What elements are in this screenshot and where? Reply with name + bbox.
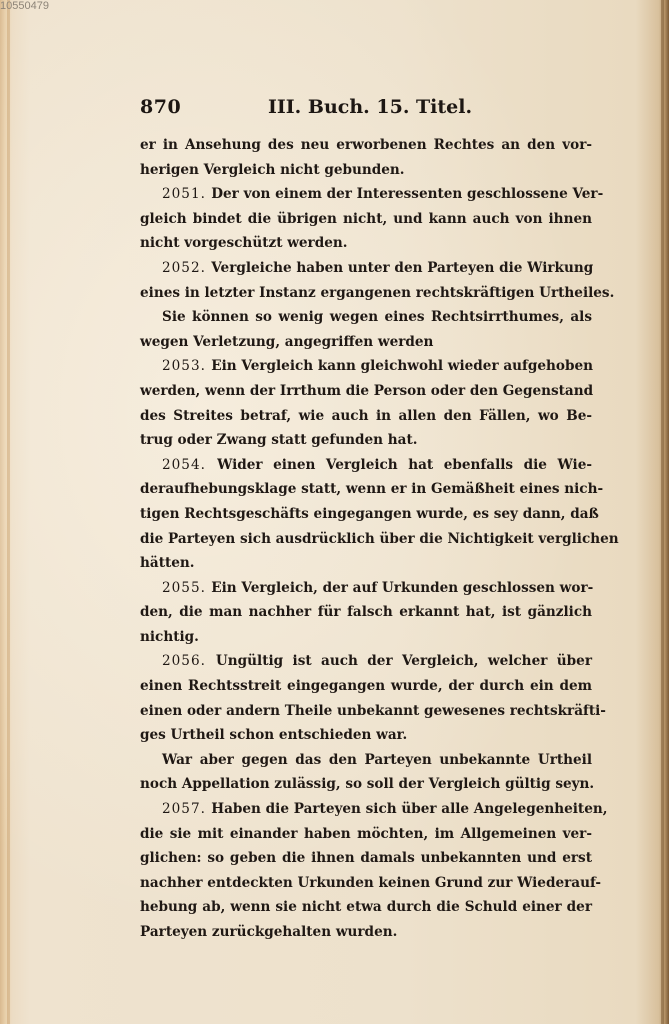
line-text: eines in letzter Instanz ergangenen rech… [140, 285, 614, 301]
line-text: er in Ansehung des neu erworbenen Rechte… [140, 137, 592, 153]
paragraph-number: 2057. [162, 801, 211, 817]
line-text: tigen Rechtsgeschäfts eingegangen wurde,… [140, 506, 599, 522]
text-line: deraufhebungsklage statt, wenn er in Gem… [140, 477, 592, 502]
line-text: gleich bindet die übrigen nicht, und kan… [140, 211, 592, 227]
text-line: die Parteyen sich ausdrücklich über die … [140, 527, 592, 552]
text-line: die sie mit einander haben möchten, im A… [140, 822, 592, 847]
text-line: 2052. Vergleiche haben unter den Parteye… [140, 256, 592, 281]
line-text: die Parteyen sich ausdrücklich über die … [140, 531, 619, 547]
text-line: nichtig. [140, 625, 592, 650]
text-line: 2056. Ungültig ist auch der Vergleich, w… [140, 649, 592, 674]
text-line: 2057. Haben die Parteyen sich über alle … [140, 797, 592, 822]
numbered-paragraph: 2054. Wider einen Vergleich hat ebenfall… [140, 453, 592, 576]
text-line: War aber gegen das den Parteyen unbekann… [140, 748, 592, 773]
line-text: Vergleiche haben unter den Parteyen die … [211, 260, 593, 276]
line-text: einen oder andern Theile unbekannt gewes… [140, 703, 606, 719]
line-text: Sie können so wenig wegen eines Rechtsir… [162, 309, 592, 325]
line-text: ges Urtheil schon entschieden war. [140, 727, 407, 743]
text-line: noch Appellation zulässig, so soll der V… [140, 772, 592, 797]
line-text: nicht vorgeschützt werden. [140, 235, 348, 251]
line-text: Ein Vergleich, der auf Urkunden geschlos… [211, 580, 593, 596]
line-text: werden, wenn der Irrthum die Person oder… [140, 383, 593, 399]
page-header: 870 III. Buch. 15. Titel. [140, 96, 600, 126]
text-line: gleich bindet die übrigen nicht, und kan… [140, 207, 592, 232]
paragraph-number: 2051. [162, 186, 211, 202]
line-text: des Streites betraf, wie auch in allen d… [140, 408, 592, 424]
line-text: Haben die Parteyen sich über alle Angele… [211, 801, 607, 817]
text-line: hätten. [140, 551, 592, 576]
line-text: deraufhebungsklage statt, wenn er in Gem… [140, 481, 603, 497]
text-line: den, die man nachher für falsch erkannt … [140, 600, 592, 625]
line-text: Der von einem der Interessenten geschlos… [211, 186, 603, 202]
text-line: 2054. Wider einen Vergleich hat ebenfall… [140, 453, 592, 478]
line-text: hebung ab, wenn sie nicht etwa durch die… [140, 899, 592, 915]
text-line: einen oder andern Theile unbekannt gewes… [140, 699, 592, 724]
text-line: eines in letzter Instanz ergangenen rech… [140, 281, 592, 306]
line-text: Ungültig ist auch der Vergleich, welcher… [216, 653, 592, 669]
text-line: 2053. Ein Vergleich kann gleichwohl wied… [140, 354, 592, 379]
text-line: 2051. Der von einem der Interessenten ge… [140, 182, 592, 207]
paragraph: War aber gegen das den Parteyen unbekann… [140, 748, 592, 797]
numbered-paragraph: 2056. Ungültig ist auch der Vergleich, w… [140, 649, 592, 747]
line-text: den, die man nachher für falsch erkannt … [140, 604, 592, 620]
body-text: er in Ansehung des neu erworbenen Rechte… [140, 133, 592, 945]
line-text: War aber gegen das den Parteyen unbekann… [162, 752, 592, 768]
text-line: Sie können so wenig wegen eines Rechtsir… [140, 305, 592, 330]
text-line: tigen Rechtsgeschäfts eingegangen wurde,… [140, 502, 592, 527]
text-line: nachher entdeckten Urkunden keinen Grund… [140, 871, 592, 896]
line-text: herigen Vergleich nicht gebunden. [140, 162, 405, 178]
line-text: glichen: so geben die ihnen damals unbek… [140, 850, 592, 866]
text-line: wegen Verletzung, angegriffen werden [140, 330, 592, 355]
line-text: die sie mit einander haben möchten, im A… [140, 826, 592, 842]
paragraph: er in Ansehung des neu erworbenen Rechte… [140, 133, 592, 182]
numbered-paragraph: 2053. Ein Vergleich kann gleichwohl wied… [140, 354, 592, 452]
line-text: wegen Verletzung, angegriffen werden [140, 334, 433, 350]
page-left-edge [7, 0, 10, 1024]
paragraph-number: 2056. [162, 653, 216, 669]
text-line: herigen Vergleich nicht gebunden. [140, 158, 592, 183]
line-text: nachher entdeckten Urkunden keinen Grund… [140, 875, 601, 891]
text-line: ges Urtheil schon entschieden war. [140, 723, 592, 748]
line-text: trug oder Zwang statt gefunden hat. [140, 432, 418, 448]
text-line: Parteyen zurückgehalten wurden. [140, 920, 592, 945]
text-line: er in Ansehung des neu erworbenen Rechte… [140, 133, 592, 158]
paragraph: Sie können so wenig wegen eines Rechtsir… [140, 305, 592, 354]
line-text: einen Rechtsstreit eingegangen wurde, de… [140, 678, 592, 694]
line-text: hätten. [140, 555, 195, 571]
line-text: nichtig. [140, 629, 199, 645]
page-number: 870 [140, 96, 181, 118]
paragraph-number: 2053. [162, 358, 211, 374]
text-line: werden, wenn der Irrthum die Person oder… [140, 379, 592, 404]
numbered-paragraph: 2055. Ein Vergleich, der auf Urkunden ge… [140, 576, 592, 650]
line-text: Ein Vergleich kann gleichwohl wieder auf… [211, 358, 593, 374]
text-line: trug oder Zwang statt gefunden hat. [140, 428, 592, 453]
text-line: glichen: so geben die ihnen damals unbek… [140, 846, 592, 871]
line-text: noch Appellation zulässig, so soll der V… [140, 776, 594, 792]
running-head: III. Buch. 15. Titel. [268, 96, 472, 118]
text-line: nicht vorgeschützt werden. [140, 231, 592, 256]
page-right-edge [661, 0, 664, 1024]
scan-id-label: 10550479 [0, 0, 49, 12]
text-line: einen Rechtsstreit eingegangen wurde, de… [140, 674, 592, 699]
line-text: Parteyen zurückgehalten wurden. [140, 924, 397, 940]
line-text: Wider einen Vergleich hat ebenfalls die … [217, 457, 592, 473]
paragraph-number: 2052. [162, 260, 211, 276]
paragraph-number: 2054. [162, 457, 217, 473]
text-line: 2055. Ein Vergleich, der auf Urkunden ge… [140, 576, 592, 601]
numbered-paragraph: 2057. Haben die Parteyen sich über alle … [140, 797, 592, 945]
paragraph-number: 2055. [162, 580, 211, 596]
text-line: hebung ab, wenn sie nicht etwa durch die… [140, 895, 592, 920]
numbered-paragraph: 2052. Vergleiche haben unter den Parteye… [140, 256, 592, 305]
numbered-paragraph: 2051. Der von einem der Interessenten ge… [140, 182, 592, 256]
text-line: des Streites betraf, wie auch in allen d… [140, 404, 592, 429]
